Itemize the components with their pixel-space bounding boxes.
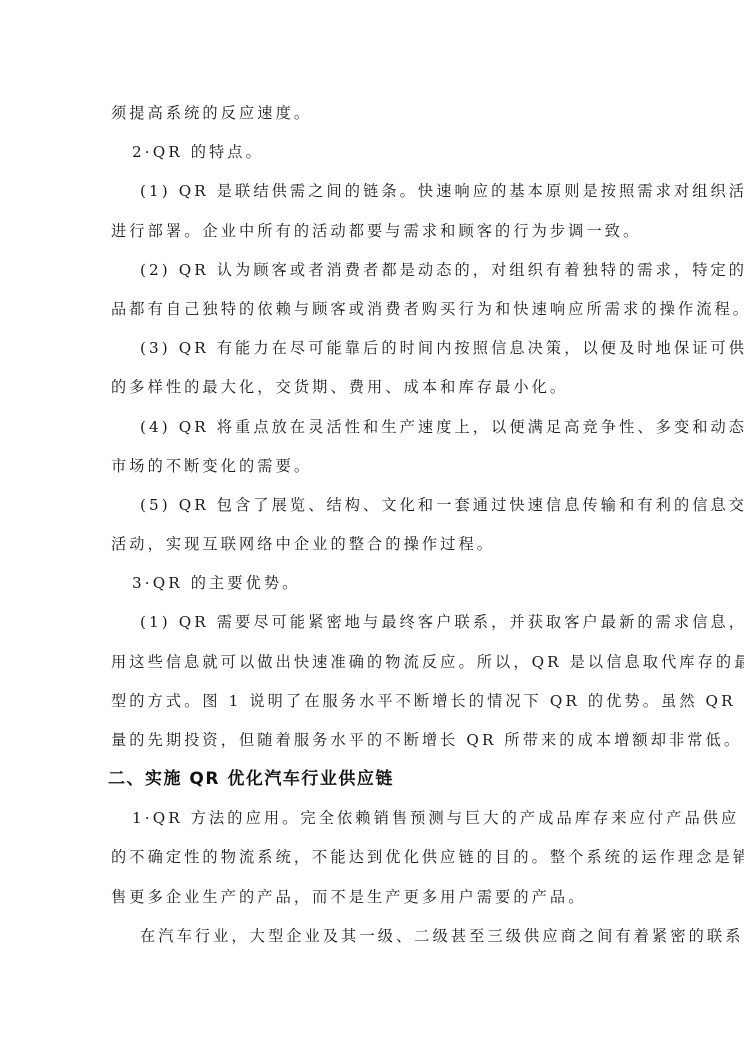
section-heading: 二、实施 QR 优化汽车行业供应链: [108, 760, 633, 799]
text-line: (1) QR 是联结供需之间的链条。快速响应的基本原则是按照需求对组织活动: [111, 172, 633, 211]
paragraph-qr-application: 1·QR 方法的应用。完全依赖销售预测与巨大的产成品库存来应付产品供应 的不确定…: [111, 799, 633, 917]
text-line: 2·QR 的特点。: [111, 133, 633, 172]
text-line: (3) QR 有能力在尽可能靠后的时间内按照信息决策，以便及时地保证可供物: [111, 329, 633, 368]
text-line: 市场的不断变化的需要。: [111, 447, 633, 486]
paragraph-auto-industry: 在汽车行业，大型企业及其一级、二级甚至三级供应商之间有着紧密的联系: [111, 917, 633, 956]
text-line: 的多样性的最大化，交货期、费用、成本和库存最小化。: [111, 368, 633, 407]
paragraph-feature-3: (3) QR 有能力在尽可能靠后的时间内按照信息决策，以便及时地保证可供物 的多…: [111, 329, 633, 407]
paragraph-feature-5: (5) QR 包含了展览、结构、文化和一套通过快速信息传输和有利的信息交换 活动…: [111, 486, 633, 564]
text-line: 的不确定性的物流系统，不能达到优化供应链的目的。整个系统的运作理念是销: [111, 838, 633, 877]
paragraph-feature-4: (4) QR 将重点放在灵活性和生产速度上，以便满足高竞争性、多变和动态的 市场…: [111, 408, 633, 486]
text-line: 用这些信息就可以做出快速准确的物流反应。所以，QR 是以信息取代库存的最典: [111, 643, 633, 682]
text-line: 在汽车行业，大型企业及其一级、二级甚至三级供应商之间有着紧密的联系: [111, 917, 633, 956]
text-line: 3·QR 的主要优势。: [111, 564, 633, 603]
text-line: 活动，实现互联网络中企业的整合的操作过程。: [111, 525, 633, 564]
text-line: 进行部署。企业中所有的活动都要与需求和顾客的行为步调一致。: [111, 212, 633, 251]
paragraph-feature-1: (1) QR 是联结供需之间的链条。快速响应的基本原则是按照需求对组织活动 进行…: [111, 172, 633, 250]
text-line: 量的先期投资，但随着服务水平的不断增长 QR 所带来的成本增额却非常低。: [111, 721, 633, 760]
text-line: (5) QR 包含了展览、结构、文化和一套通过快速信息传输和有利的信息交换: [111, 486, 633, 525]
paragraph-intro-tail: 须提高系统的反应速度。: [111, 94, 633, 133]
text-line: (1) QR 需要尽可能紧密地与最终客户联系，并获取客户最新的需求信息，利: [111, 603, 633, 642]
document-page: 须提高系统的反应速度。 2·QR 的特点。 (1) QR 是联结供需之间的链条。…: [111, 94, 633, 956]
section-2-title: 2·QR 的特点。: [111, 133, 633, 172]
text-line: (2) QR 认为顾客或者消费者都是动态的，对组织有着独特的需求，特定的产: [111, 251, 633, 290]
text-line: 型的方式。图 1 说明了在服务水平不断增长的情况下 QR 的优势。虽然 QR 需…: [111, 682, 633, 721]
text-line: 品都有自己独特的依赖与顾客或消费者购买行为和快速响应所需求的操作流程。: [111, 290, 633, 329]
text-line: (4) QR 将重点放在灵活性和生产速度上，以便满足高竞争性、多变和动态的: [111, 408, 633, 447]
section-3-title: 3·QR 的主要优势。: [111, 564, 633, 603]
text-line: 1·QR 方法的应用。完全依赖销售预测与巨大的产成品库存来应付产品供应: [111, 799, 633, 838]
paragraph-advantage-1: (1) QR 需要尽可能紧密地与最终客户联系，并获取客户最新的需求信息，利 用这…: [111, 603, 633, 760]
text-line: 须提高系统的反应速度。: [111, 94, 633, 133]
paragraph-feature-2: (2) QR 认为顾客或者消费者都是动态的，对组织有着独特的需求，特定的产 品都…: [111, 251, 633, 329]
text-line: 售更多企业生产的产品，而不是生产更多用户需要的产品。: [111, 878, 633, 917]
